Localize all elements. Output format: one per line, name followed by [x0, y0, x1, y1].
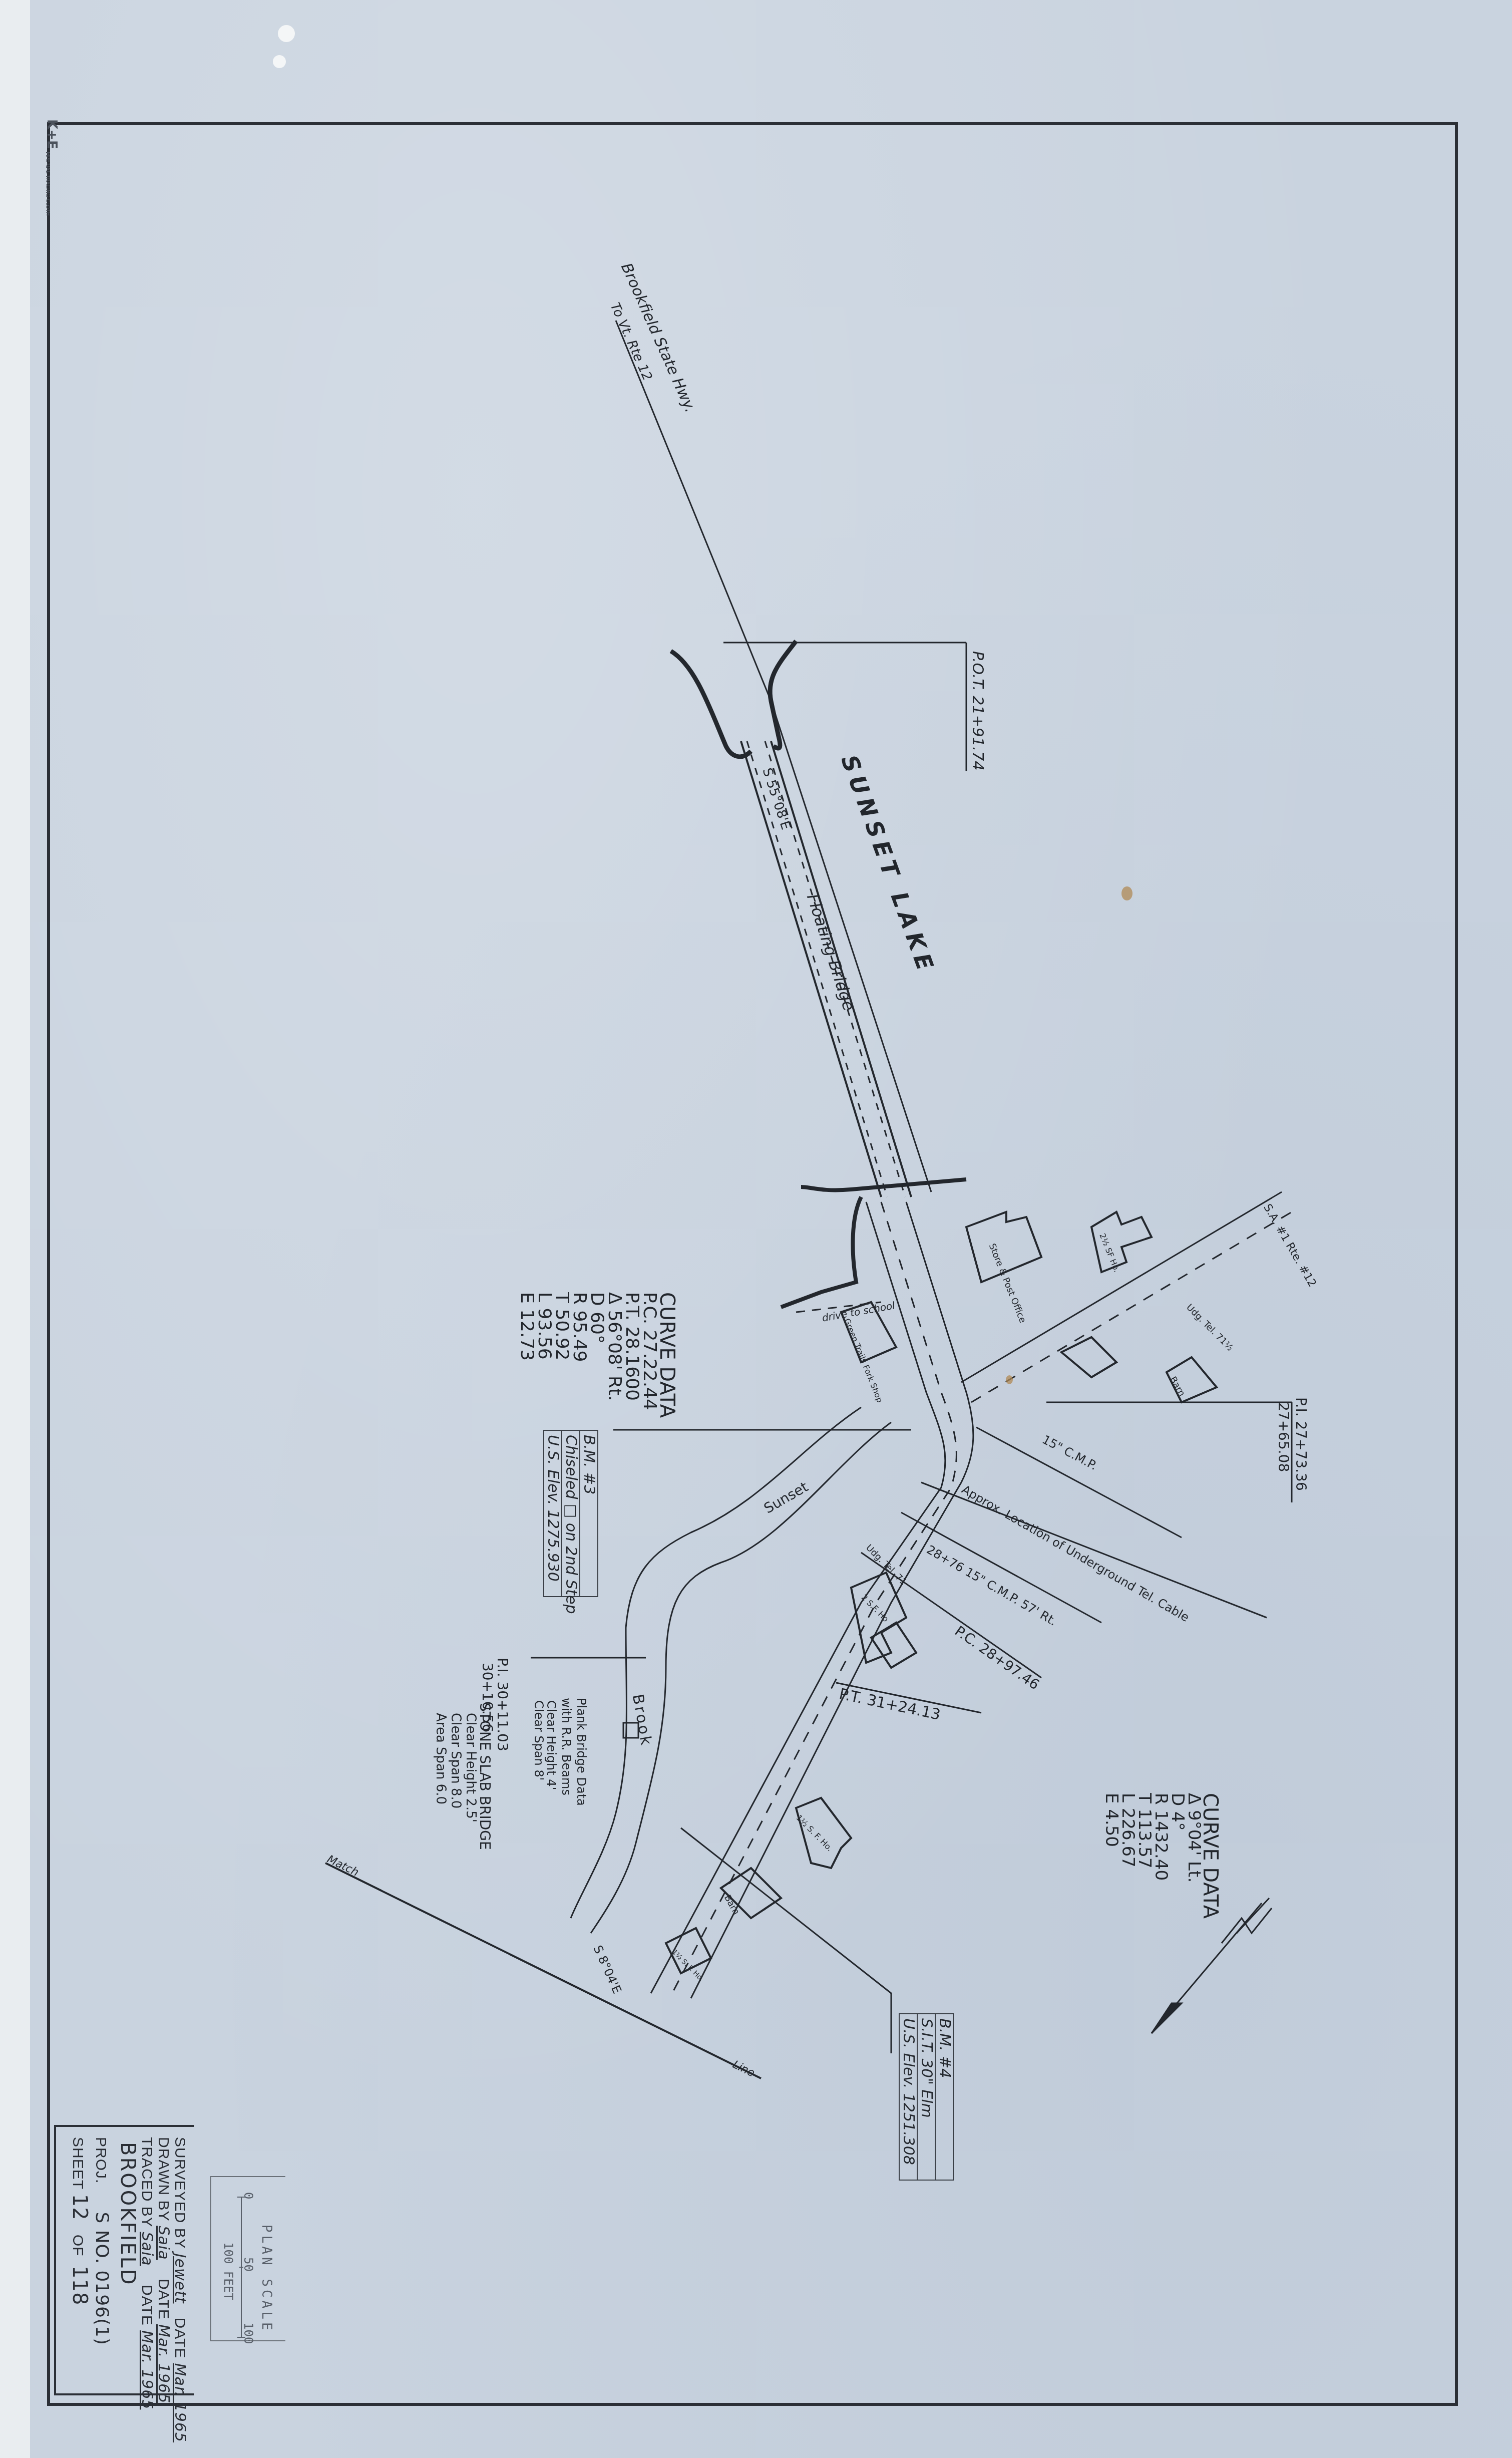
- benchmark-4-table: B.M. #4 S.I.T. 30" Elm U.S. Elev. 1251.3…: [899, 2013, 954, 2181]
- stone-bridge-title: STONE SLAB BRIDGE: [477, 1703, 493, 1850]
- drafter-name: Saia: [155, 2226, 172, 2260]
- project-number: S NO. 0196(1): [92, 2212, 112, 2345]
- plank-bridge-title: Plank Bridge Data: [574, 1698, 588, 1806]
- traced-date: Mar. 1965: [138, 2330, 156, 2409]
- paper-stain: [1121, 886, 1132, 900]
- surveyed-by-row: SURVEYED BY Jewett DATE Mar. 1965: [171, 2137, 189, 2442]
- pi-label-2: 27+65.08: [1275, 1402, 1292, 1472]
- benchmark-desc: S.I.T. 30" Elm: [917, 2014, 935, 2180]
- scale-tick-100: 100: [241, 2322, 255, 2344]
- title-block: SURVEYED BY Jewett DATE Mar. 1965 DRAWN …: [54, 2125, 194, 2395]
- pi-label-3: P.I. 30+11.03: [494, 1658, 511, 1751]
- benchmark-elev: U.S. Elev. 1275.930: [544, 1431, 561, 1596]
- surveyor-name: Jewett: [171, 2254, 189, 2304]
- surveyed-date: Mar. 1965: [171, 2363, 189, 2442]
- paper-stain: [1006, 1375, 1013, 1384]
- tracer-name: Saia: [138, 2232, 156, 2266]
- scale-tick-0: 0: [241, 2192, 255, 2199]
- stone-bridge-line: Clear Height 2.5': [463, 1713, 478, 1822]
- plank-bridge-line: Clear Span 8': [532, 1700, 546, 1780]
- town-name: BROOKFIELD: [116, 2142, 139, 2286]
- benchmark-title: B.M. #3: [579, 1431, 597, 1596]
- drawn-date: Mar. 1965: [155, 2324, 172, 2403]
- benchmark-title: B.M. #4: [935, 2014, 953, 2180]
- scale-tick-50: 50: [241, 2257, 255, 2272]
- plan-scale-title: PLAN SCALE: [259, 2225, 274, 2333]
- sheet-row: SHEET 12 OF 118: [68, 2137, 91, 2305]
- pot-label: P.O.T. 21+91.74: [969, 651, 986, 770]
- benchmark-3-table: B.M. #3 Chiseled □ on 2nd Step U.S. Elev…: [543, 1430, 598, 1597]
- drawn-by-row: DRAWN BY Saia DATE Mar. 1965: [155, 2137, 172, 2403]
- traced-by-row: TRACED BY Saia DATE Mar. 1965: [138, 2137, 156, 2409]
- plan-scale-box: PLAN SCALE 0 50 100 100 FEET: [210, 2176, 285, 2341]
- plank-bridge-line: with R.R. Beams: [559, 1698, 573, 1795]
- stone-bridge-line: Area Span 6.0: [433, 1713, 448, 1804]
- plank-bridge-line: Clear Height 4': [544, 1700, 558, 1790]
- sheet-number: 12: [68, 2194, 91, 2221]
- project-row: PROJ. S NO. 0196(1): [92, 2137, 112, 2345]
- benchmark-desc: Chiseled □ on 2nd Step: [561, 1431, 579, 1596]
- scale-unit: 100 FEET: [221, 2242, 235, 2300]
- sheet-total: 118: [68, 2266, 91, 2305]
- stone-bridge-line: Clear Span 8.0: [448, 1713, 463, 1808]
- benchmark-elev: U.S. Elev. 1251.308: [900, 2014, 917, 2180]
- pi-label: P.I. 27+73.36: [1293, 1397, 1309, 1491]
